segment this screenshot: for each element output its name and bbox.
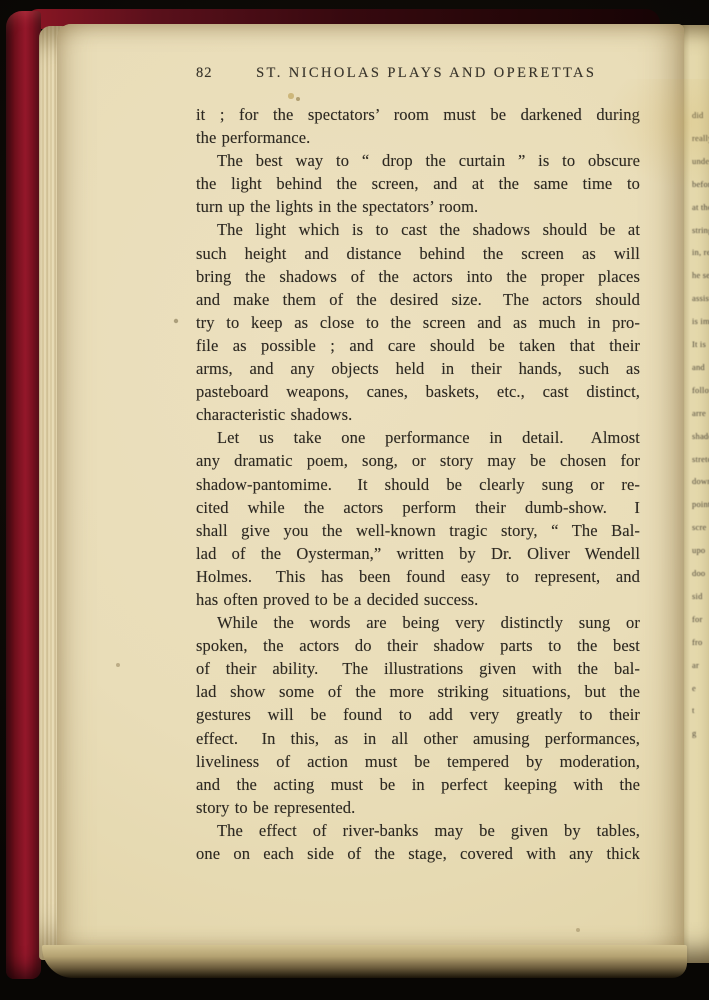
text-line: try to keep as close to the screen and a… [196, 311, 640, 334]
next-page-text-fragment: and [692, 363, 705, 372]
next-page-text-fragment: stretc [692, 455, 709, 464]
next-page-text-fragment: upo [692, 546, 705, 555]
text-line: cited while the actors perform their dum… [196, 496, 640, 519]
next-page-text-fragment: e [692, 684, 696, 693]
paper-specks [57, 24, 59, 26]
text-line: such height and distance behind the scre… [196, 242, 640, 265]
text-line: story to be represented. [196, 796, 640, 819]
text-line: effect. In this, as in all other amusing… [196, 727, 640, 750]
running-title: ST. NICHOLAS PLAYS AND OPERETTAS [213, 65, 641, 82]
text-line: bring the shadows of the actors into the… [196, 265, 640, 288]
next-page-text-fragment: assista [692, 294, 709, 303]
next-page-text-fragment: doo [692, 569, 705, 578]
paragraph: The best way to “ drop the curtain ” is … [196, 149, 640, 218]
paragraph: Let us take one performance in detail. A… [196, 426, 640, 611]
text-line: The effect of river-banks may be given b… [196, 819, 640, 842]
text-line: spoken, the actors do their shadow parts… [196, 634, 640, 657]
next-page-text-fragment: at the [692, 203, 709, 212]
text-line: arms, and any objects held in their hand… [196, 357, 640, 380]
next-page-text-fragment: for [692, 615, 703, 624]
next-page-text-fragment: arre [692, 409, 706, 418]
text-line: shadow-pantomime. It should be clearly s… [196, 473, 640, 496]
text-line: the performance. [196, 126, 640, 149]
next-page-text-fragment: scre [692, 523, 706, 532]
next-page-text-fragment: g [692, 729, 696, 738]
page-number: 82 [196, 65, 213, 82]
next-page-text-fragment: shade [692, 432, 709, 441]
next-page-text-fragment: follow [692, 386, 709, 395]
next-page-text-fragment: is imp [692, 317, 709, 326]
paragraph: The light which is to cast the shadows s… [196, 218, 640, 426]
paragraph: The effect of river-banks may be given b… [196, 819, 640, 865]
text-line: lad show some of the more striking situa… [196, 680, 640, 703]
paper-stain [602, 79, 709, 189]
text-line: liveliness of action must be tempered by… [196, 750, 640, 773]
text-line: Holmes. This has been found easy to repr… [196, 565, 640, 588]
text-line: The light which is to cast the shadows s… [196, 218, 640, 241]
text-line: it ; for the spectators’ room must be da… [196, 103, 640, 126]
next-page-text-fragment: sid [692, 592, 703, 601]
next-page-text-fragment: point [692, 500, 709, 509]
text-line: While the words are being very distinctl… [196, 611, 640, 634]
text-line: shall give you the well-known tragic sto… [196, 519, 640, 542]
next-page-text-fragment: fro [692, 638, 703, 647]
text-line: has often proved to be a decided success… [196, 588, 640, 611]
next-page-text-fragment: string [692, 226, 709, 235]
text-line: The best way to “ drop the curtain ” is … [196, 149, 640, 172]
next-page-text-fragment: he ser [692, 271, 709, 280]
text-line: characteristic shadows. [196, 403, 640, 426]
next-page-text-fragment: It is [692, 340, 706, 349]
book-cover [6, 11, 41, 979]
book-photo: didreallyunder tbeforeat thestringin, re… [0, 0, 709, 1000]
page-bottom-edge [42, 945, 687, 978]
text-line: any dramatic poem, song, or story may be… [196, 449, 640, 472]
page-text: it ; for the spectators’ room must be da… [196, 103, 640, 865]
text-line: the light behind the screen, and at the … [196, 172, 640, 195]
text-line: pasteboard weapons, canes, baskets, etc.… [196, 380, 640, 403]
paragraph: While the words are being very distinctl… [196, 611, 640, 819]
text-line: of their ability. The illustrations give… [196, 657, 640, 680]
text-line: and make them of the desired size. The a… [196, 288, 640, 311]
text-line: file as possible ; and care should be ta… [196, 334, 640, 357]
text-line: gestures will be found to add very great… [196, 703, 640, 726]
next-page-text-fragment: t [692, 706, 695, 715]
text-line: and the acting must be in perfect keepin… [196, 773, 640, 796]
next-page-text-fragment: ar [692, 661, 699, 670]
next-page-text-fragment: in, re [692, 248, 709, 257]
page-header: 82 ST. NICHOLAS PLAYS AND OPERETTAS [196, 65, 640, 82]
paragraph: it ; for the spectators’ room must be da… [196, 103, 640, 149]
text-line: one on each side of the stage, covered w… [196, 842, 640, 865]
book-page: 82 ST. NICHOLAS PLAYS AND OPERETTAS it ;… [57, 24, 684, 952]
text-line: Let us take one performance in detail. A… [196, 426, 640, 449]
text-line: lad of the Oysterman,” written by Dr. Ol… [196, 542, 640, 565]
text-line: turn up the lights in the spectators’ ro… [196, 195, 640, 218]
next-page-text-fragment: down [692, 477, 709, 486]
